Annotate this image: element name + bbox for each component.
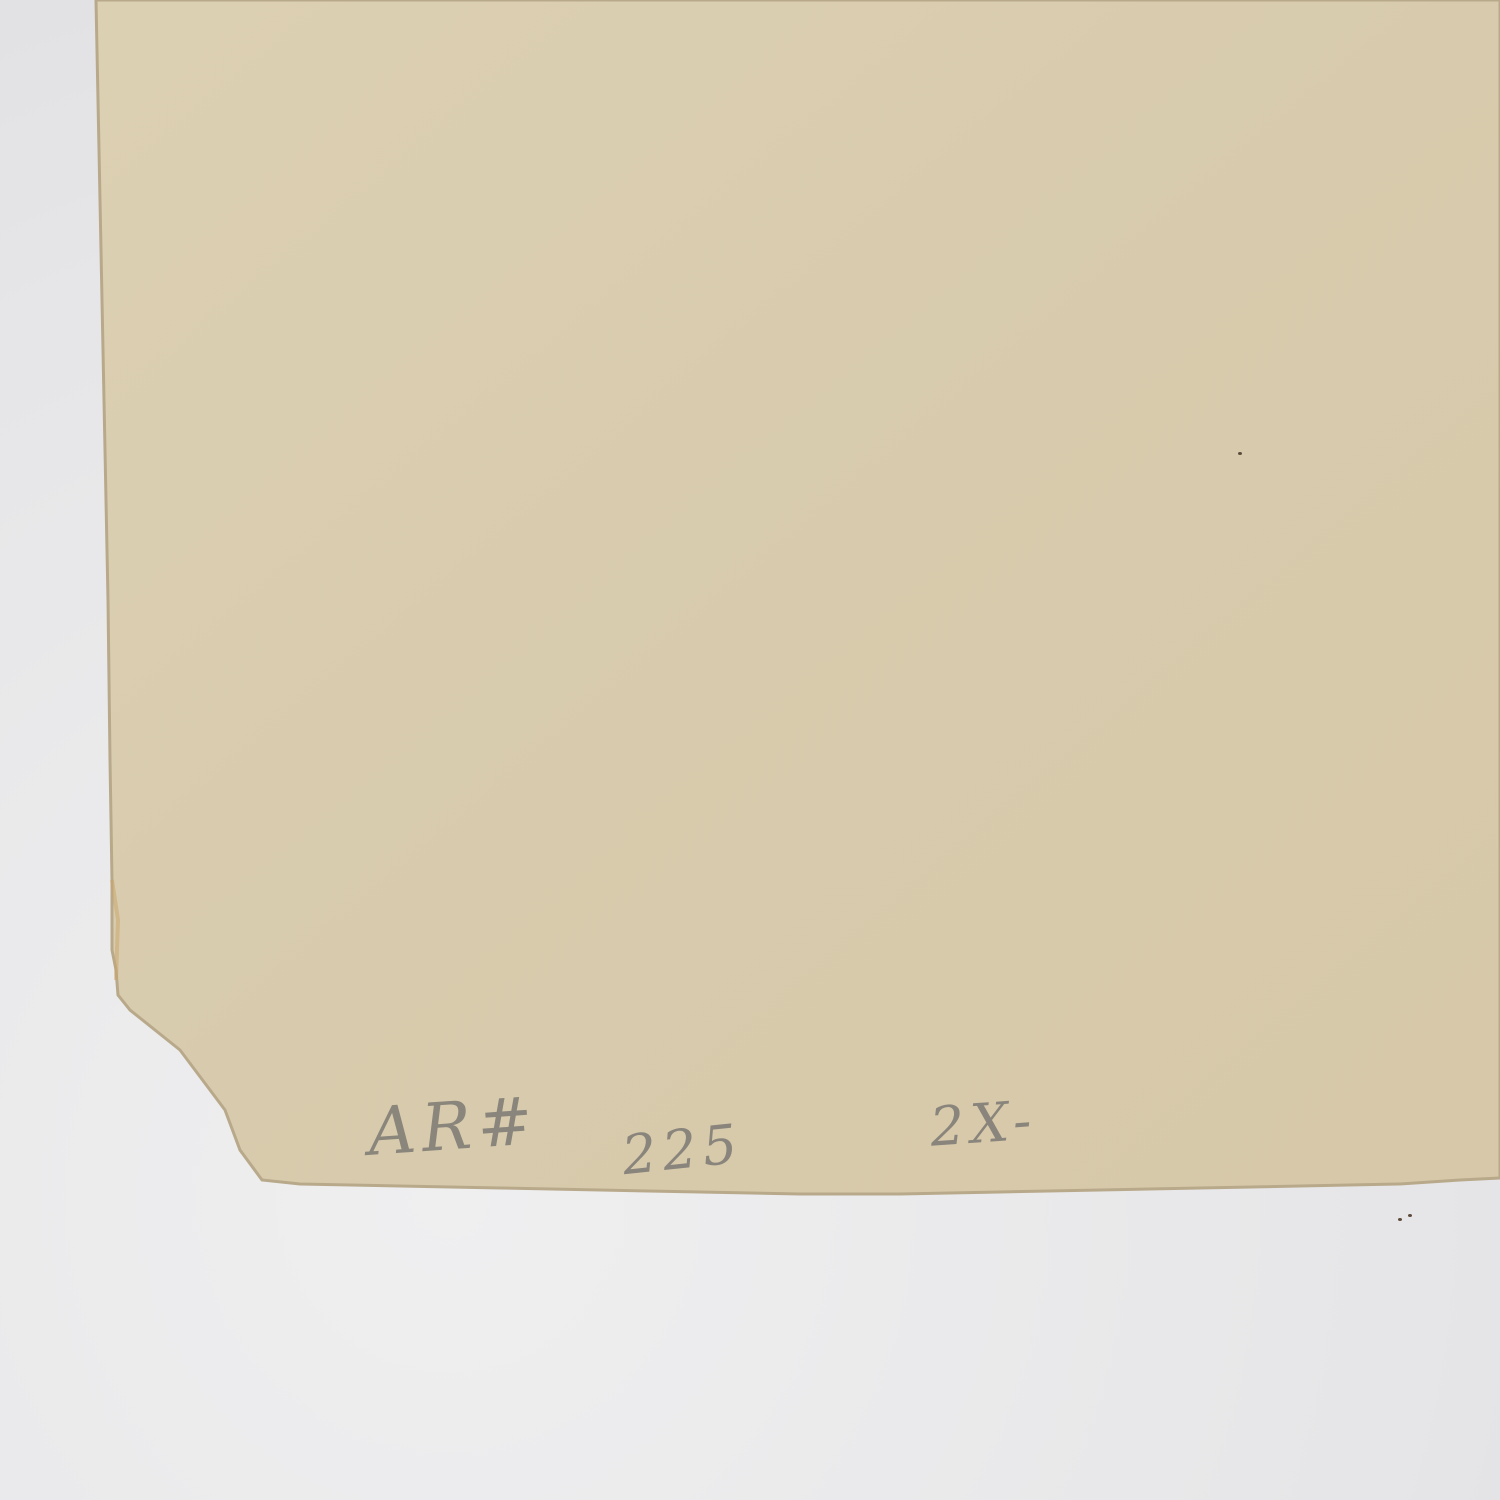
inscription-number: 225 — [619, 1112, 746, 1187]
paper-sheet — [0, 0, 1500, 1500]
inscription-mark: 2X- — [928, 1088, 1039, 1158]
inscription-prefix: AR# — [366, 1082, 542, 1171]
paper-speck — [1238, 452, 1242, 455]
debris-speck — [1408, 1214, 1412, 1217]
paper-shape — [0, 0, 1500, 1500]
debris-speck — [1398, 1218, 1402, 1221]
